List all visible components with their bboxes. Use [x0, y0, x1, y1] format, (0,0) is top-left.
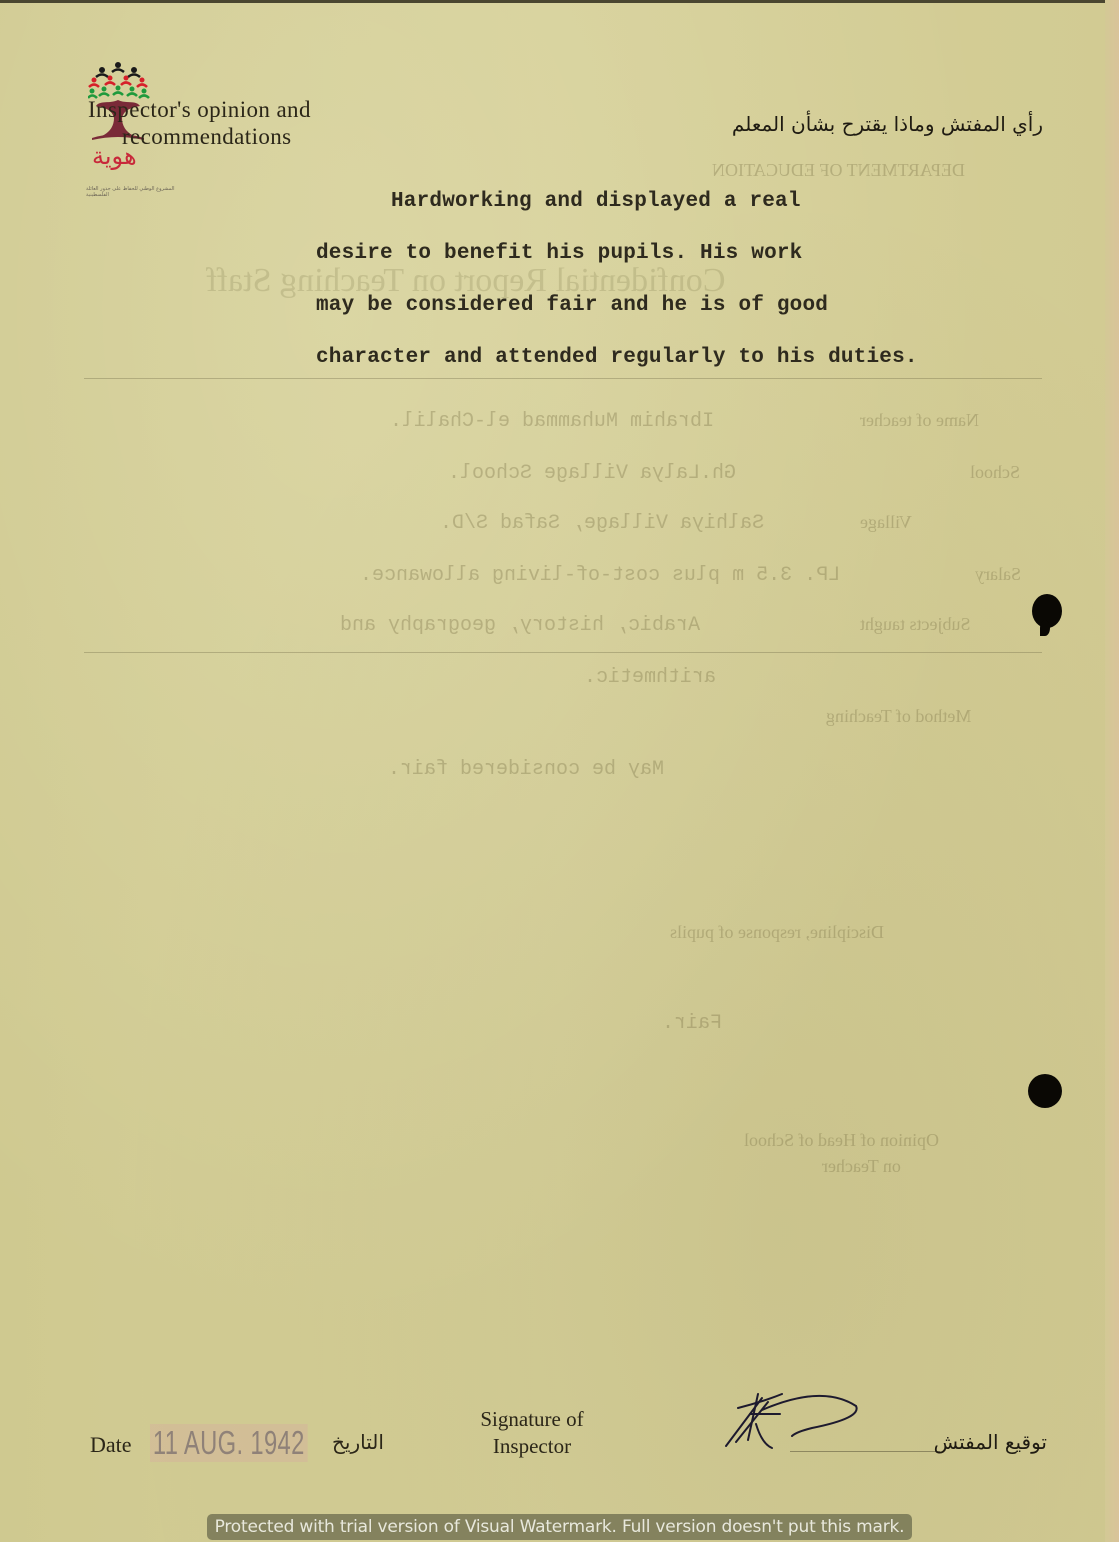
remarks-line: desire to benefit his pupils. His work [316, 228, 1036, 280]
ghost-discipline-value: Fair. [662, 1012, 722, 1035]
page-right-edge [1105, 0, 1119, 1542]
punch-hole-lower [1028, 1074, 1062, 1108]
ghost-method-label: Method of Teaching [826, 706, 971, 727]
ghost-value-school: Gh.Lalya Village School. [448, 462, 736, 485]
ghost-rule-bottom [84, 652, 1042, 653]
ghost-value-name: Ibrahim Muhammad el-Chalil. [390, 410, 714, 433]
remarks-line: character and attended regularly to his … [316, 332, 1036, 384]
ghost-label-salary: Salary [975, 564, 1021, 585]
ghost-label-school: School [970, 462, 1020, 483]
signature-line [790, 1451, 940, 1452]
inspector-signature-icon [722, 1384, 872, 1454]
ghost-label-name: Name of teacher [860, 410, 979, 431]
ghost-continuation: arithmetic. [584, 666, 716, 689]
date-label-arabic: التاريخ [332, 1430, 384, 1454]
date-stamp: 11 AUG. 1942 [150, 1424, 308, 1462]
ghost-head-label-1: Opinion of Head of School [744, 1130, 939, 1151]
ghost-value-subjects: Arabic, history, geography and [340, 614, 700, 637]
inspector-opinion-heading: Inspector's opinion and recommendations [88, 96, 311, 150]
signature-label-arabic: توقيع المفتش [934, 1430, 1047, 1454]
signature-label: Signature of Inspector [462, 1406, 602, 1460]
document-page: DEPARTMENT OF EDUCATION Confidential Rep… [0, 0, 1119, 1542]
ghost-label-subjects: Subjects taught [860, 614, 971, 635]
logo-caption: المشروع الوطني للحفاظ على جذور العائلة ا… [86, 186, 186, 198]
ghost-value-salary: LP. 3.5 m plus cost-of-living allowance. [360, 564, 840, 587]
ghost-head-label-2: on Teacher [822, 1156, 901, 1177]
remarks-line: may be considered fair and he is of good [316, 280, 1036, 332]
page-top-edge [0, 0, 1119, 3]
signature-label-line-1: Signature of [462, 1406, 602, 1433]
heading-line-1: Inspector's opinion and [88, 97, 311, 122]
ghost-label-village: Village [860, 512, 912, 533]
watermark-banner: Protected with trial version of Visual W… [207, 1514, 912, 1540]
heading-line-2: recommendations [88, 123, 311, 150]
ghost-method-value: May be considered fair. [388, 758, 664, 781]
ghost-discipline-label: Discipline, response of pupils [670, 922, 884, 943]
ghost-value-village: Salhiya Village, Safad S/D. [440, 512, 764, 535]
punch-hole-upper-tear [1040, 620, 1050, 636]
remarks-line: Hardworking and displayed a real [316, 176, 1036, 228]
inspector-remarks: Hardworking and displayed a real desire … [316, 176, 1036, 384]
inspector-opinion-heading-arabic: رأي المفتش وماذا يقترح بشأن المعلم [732, 112, 1043, 136]
signature-label-line-2: Inspector [462, 1433, 602, 1460]
date-label: Date [90, 1432, 132, 1458]
